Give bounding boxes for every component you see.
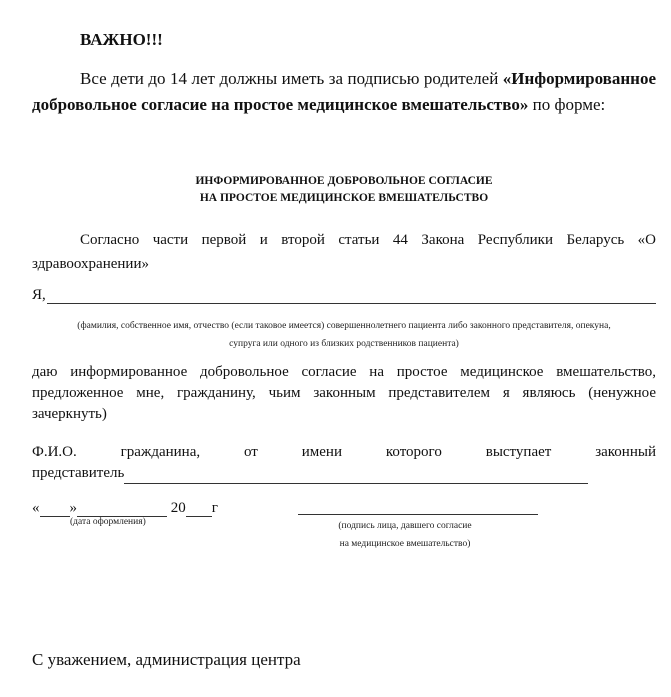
law-reference: Согласно части первой и второй статьи 44… (32, 228, 656, 276)
fio-word: выступает (486, 442, 552, 463)
name-field-row: Я, (32, 284, 656, 304)
fio-word: которого (386, 442, 442, 463)
year-suffix: г (212, 500, 218, 517)
intro-tail: по форме: (528, 95, 605, 114)
name-caption-line-1: (фамилия, собственное имя, отчество (есл… (32, 317, 656, 335)
signature-caption-line-2: на медицинское вмешательство) (300, 535, 510, 553)
century-label: 20 (171, 500, 186, 517)
citizen-fio-row: Ф.И.О. гражданина, от имени которого выс… (32, 442, 656, 484)
fio-word: законный (595, 442, 656, 463)
citizen-fio-label: Ф.И.О. гражданина, от имени которого выс… (32, 442, 656, 463)
fio-word: гражданина, (121, 442, 200, 463)
form-title-line-2: НА ПРОСТОЕ МЕДИЦИНСКОЕ ВМЕШАТЕЛЬСТВО (32, 190, 656, 207)
name-field-caption: (фамилия, собственное имя, отчество (есл… (32, 317, 656, 353)
form-title: ИНФОРМИРОВАННОЕ ДОБРОВОЛЬНОЕ СОГЛАСИЕ НА… (32, 173, 656, 207)
fio-word: имени (302, 442, 342, 463)
fio-word: от (244, 442, 258, 463)
name-blank-line[interactable] (47, 288, 656, 304)
important-heading: ВАЖНО!!! (80, 30, 163, 50)
citizen-fio-blank-line[interactable] (124, 468, 588, 484)
i-label: Я, (32, 287, 46, 304)
fio-word: Ф.И.О. (32, 442, 77, 463)
fio-last-word: представитель (32, 463, 124, 484)
date-field: «» 20г (32, 497, 218, 517)
intro-text: Все дети до 14 лет должны иметь за подпи… (80, 69, 503, 88)
name-caption-line-2: супруга или одного из близких родственни… (32, 335, 656, 353)
day-blank[interactable] (40, 502, 70, 517)
intro-paragraph: Все дети до 14 лет должны иметь за подпи… (32, 66, 656, 118)
form-title-line-1: ИНФОРМИРОВАННОЕ ДОБРОВОЛЬНОЕ СОГЛАСИЕ (32, 173, 656, 190)
signature-caption-line-1: (подпись лица, давшего согласие (300, 517, 510, 535)
signature-caption: (подпись лица, давшего согласие на медиц… (300, 517, 510, 553)
date-caption: (дата оформления) (70, 517, 146, 527)
year-blank[interactable] (186, 502, 212, 517)
date-close-quote: » (70, 500, 78, 517)
closing-signoff: С уважением, администрация центра (32, 650, 301, 670)
citizen-fio-field: представитель (32, 463, 656, 484)
month-blank[interactable] (77, 502, 167, 517)
date-open-quote: « (32, 500, 40, 517)
consent-paragraph: даю информированное добровольное согласи… (32, 362, 656, 425)
signature-blank-line[interactable] (298, 514, 538, 515)
